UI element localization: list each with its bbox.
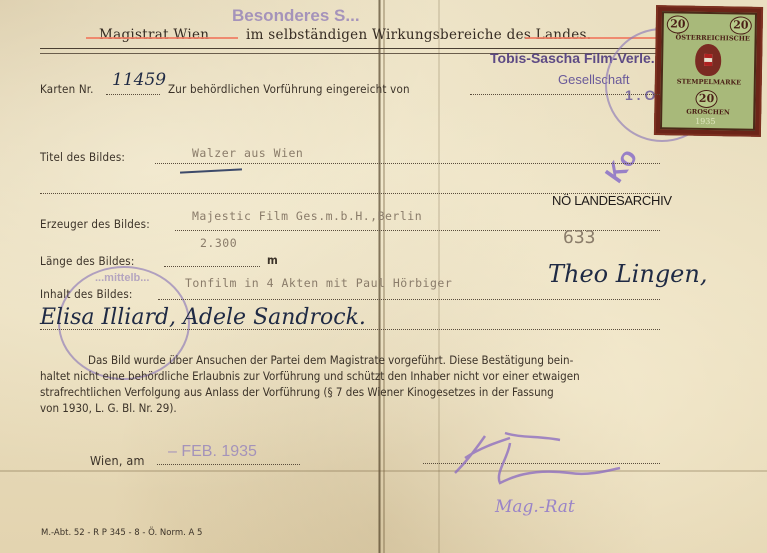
stamp-center-value: 20 xyxy=(695,90,717,108)
round-stamp-left-text: ...mittelb... xyxy=(95,272,149,284)
disclaimer-paragraph: Das Bild wurde über Ansuchen der Partei … xyxy=(40,352,708,416)
inhalt-label: Inhalt des Bildes: xyxy=(40,287,133,301)
titel-value: Walzer aus Wien xyxy=(192,146,303,160)
inhalt-handwritten-1: Theo Lingen, xyxy=(548,260,707,288)
stamp-year: 1935 xyxy=(695,117,716,126)
laenge-value: 2.300 xyxy=(200,236,237,250)
signature-icon xyxy=(450,428,640,498)
stamp-value-right: 20 xyxy=(730,16,752,34)
revenue-stamp: 20 20 ÖSTERREICHISCHE STEMPELMARKE 20 GR… xyxy=(654,5,763,137)
date-stamp: – FEB. 1935 xyxy=(168,443,257,461)
form-code: M.-Abt. 52 - R P 345 - 8 - Ö. Norm. A 5 xyxy=(41,528,202,538)
paragraph-line: haltet nicht eine behördliche Erlaubnis … xyxy=(40,368,708,384)
inhalt-typed: Tonfilm in 4 Akten mit Paul Hörbiger xyxy=(185,276,452,290)
inhalt-line-2 xyxy=(40,329,660,330)
censorship-card: Besonderes S... Magistrat Wien im selbst… xyxy=(0,0,767,553)
karten-nr-value: 11459 xyxy=(112,70,166,90)
header-title: im selbständigen Wirkungsbereiche des La… xyxy=(246,27,591,43)
karten-nr-line xyxy=(106,94,160,95)
stamp-arc-top: ÖSTERREICHISCHE xyxy=(676,33,750,42)
red-strike-line-1 xyxy=(86,37,238,39)
erzeuger-label: Erzeuger des Bildes: xyxy=(40,217,150,231)
stamp-value-left: 20 xyxy=(667,15,689,33)
submitted-label: Zur behördlichen Vorführung eingereicht … xyxy=(168,82,410,96)
top-violet-stamp: Besonderes S... xyxy=(232,6,360,26)
laenge-line xyxy=(164,266,260,267)
paragraph-line: strafrechtlichen Verfolgung aus Anlass d… xyxy=(40,384,708,400)
erzeuger-value: Majestic Film Ges.m.b.H.,Berlin xyxy=(192,209,422,223)
austrian-eagle-icon xyxy=(695,44,722,76)
place-label: Wien, am xyxy=(90,453,145,468)
stamp-arc-bottom: STEMPELMARKE xyxy=(677,77,741,86)
stamp-unit: GROSCHEN xyxy=(686,108,730,117)
paragraph-line: von 1930, L. G. Bl. Nr. 29). xyxy=(40,400,708,416)
paragraph-line: Das Bild wurde über Ansuchen der Partei … xyxy=(40,352,708,368)
inhalt-handwritten-2: Elisa Illiard, Adele Sandrock. xyxy=(40,305,366,330)
archive-number: 633 xyxy=(563,227,596,248)
karten-nr-label: Karten Nr. xyxy=(40,82,94,96)
submitted-line xyxy=(470,94,660,95)
date-line xyxy=(157,464,300,465)
archive-stamp-label: NÖ LANDESARCHIV xyxy=(552,193,672,208)
header-title-struck: Magistrat Wien xyxy=(99,27,209,43)
titel-label: Titel des Bildes: xyxy=(40,150,125,164)
laenge-unit: m xyxy=(267,253,278,267)
underline-mark xyxy=(180,168,242,173)
signature-stamp: Mag.-Rat xyxy=(495,497,575,517)
fold-crease-horizontal xyxy=(0,470,767,472)
violet-mark: Ko xyxy=(599,142,644,188)
inhalt-line xyxy=(158,299,660,300)
titel-line xyxy=(155,163,660,164)
